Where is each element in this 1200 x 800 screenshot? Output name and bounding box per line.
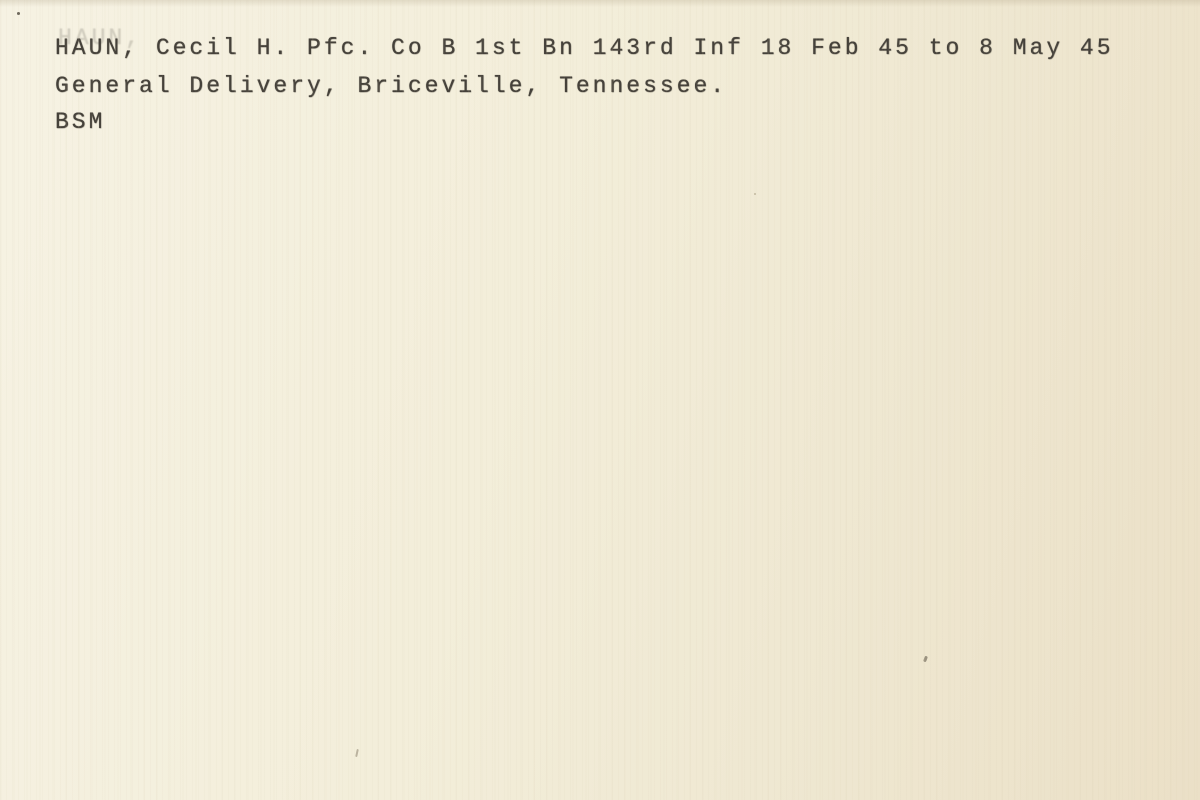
index-card: HAUN, HAUN, Cecil H. Pfc. Co B 1st Bn 14… (0, 0, 1200, 800)
paper-speck (17, 12, 20, 15)
paper-speck (923, 656, 928, 663)
typed-line-award: BSM (55, 111, 105, 134)
paper-speck (355, 749, 359, 757)
paper-speck (754, 193, 756, 195)
typed-line-address: General Delivery, Briceville, Tennessee. (55, 75, 727, 98)
typed-line-service-record: HAUN, Cecil H. Pfc. Co B 1st Bn 143rd In… (55, 37, 1114, 60)
